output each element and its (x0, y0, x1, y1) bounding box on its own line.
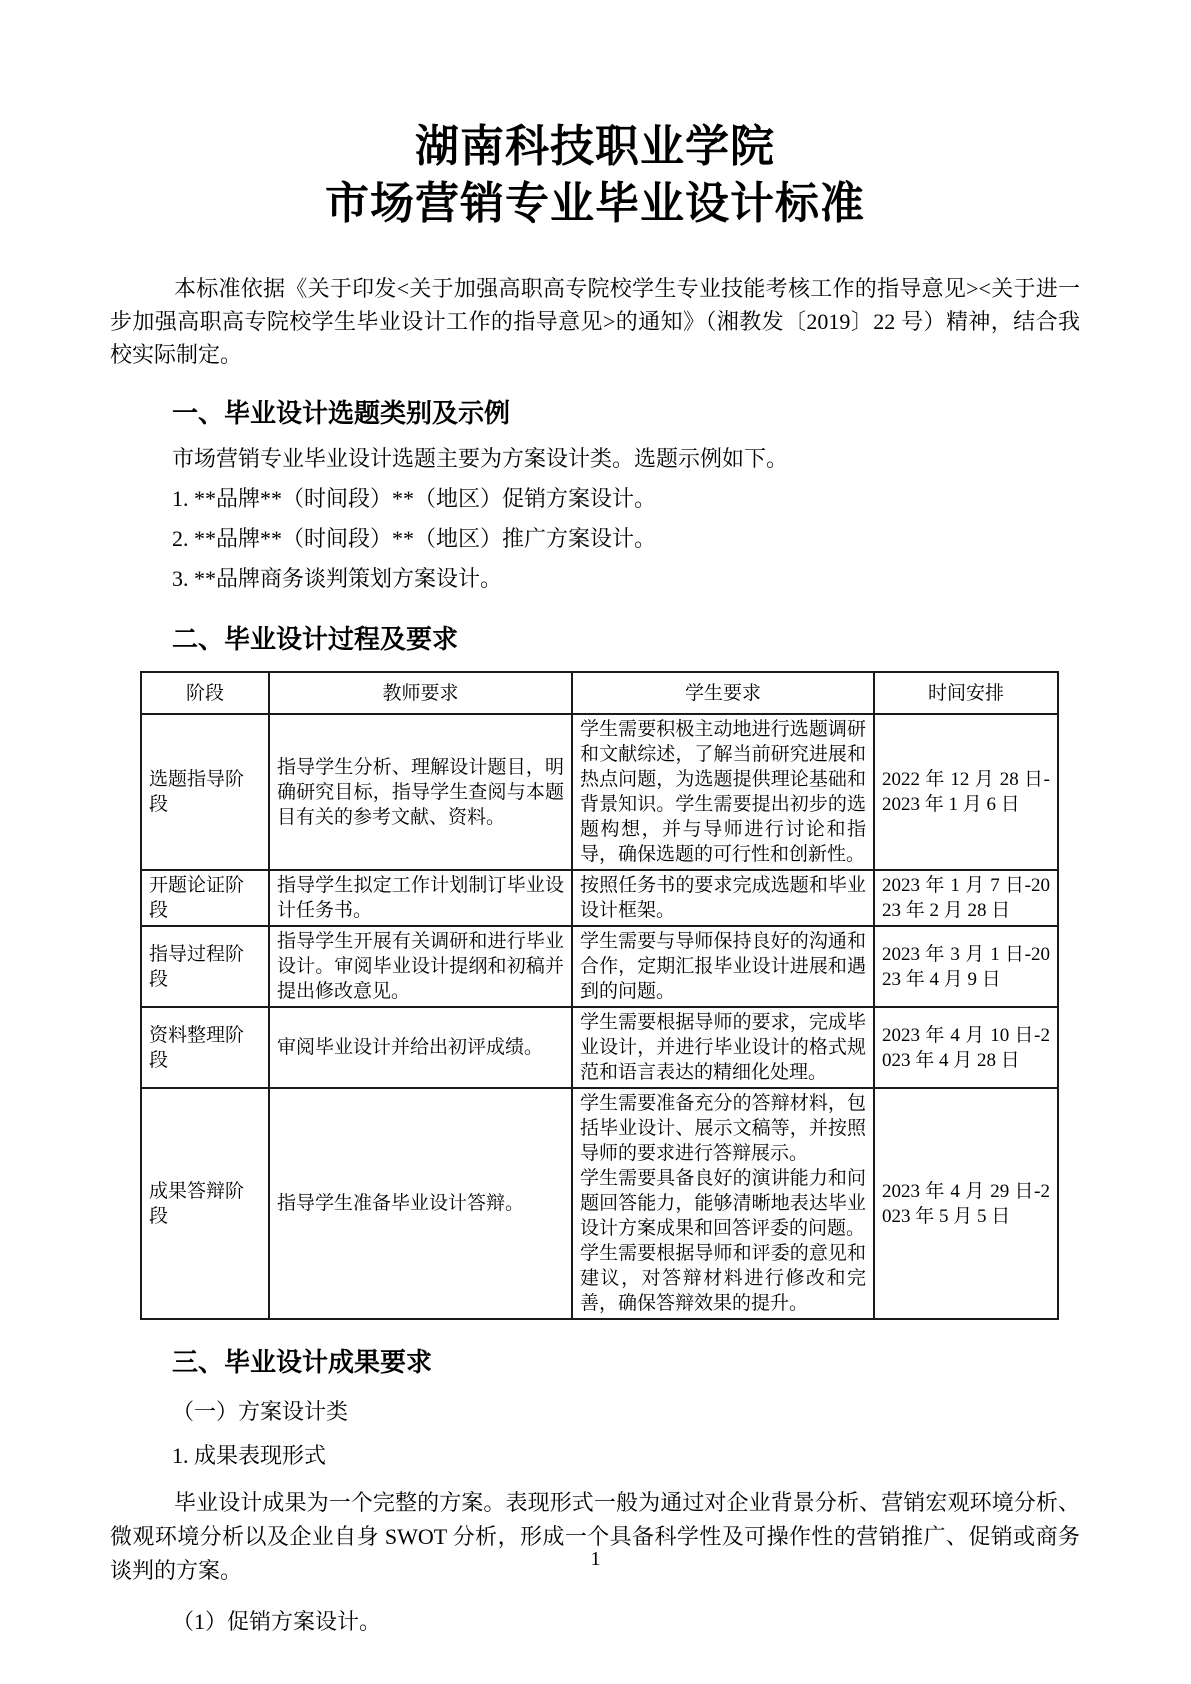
stage-cell: 成果答辩阶段 (141, 1088, 269, 1319)
table-row: 开题论证阶段 指导学生拟定工作计划制订毕业设计任务书。 按照任务书的要求完成选题… (141, 870, 1058, 926)
title-line-1: 湖南科技职业学院 (110, 118, 1080, 175)
student-cell: 学生需要积极主动地进行选题调研和文献综述，了解当前研究进展和热点问题，为选题提供… (572, 714, 874, 870)
student-cell: 学生需要准备充分的答辩材料，包括毕业设计、展示文稿等，并按照导师的要求进行答辩展… (572, 1088, 874, 1319)
section3-paragraph: 毕业设计成果为一个完整的方案。表现形式一般为通过对企业背景分析、营销宏观环境分析… (110, 1486, 1080, 1588)
teacher-cell: 指导学生准备毕业设计答辩。 (269, 1088, 572, 1319)
section1-heading: 一、毕业设计选题类别及示例 (172, 397, 1080, 429)
teacher-cell: 指导学生拟定工作计划制订毕业设计任务书。 (269, 870, 572, 926)
table-row: 指导过程阶段 指导学生开展有关调研和进行毕业设计。审阅毕业设计提纲和初稿并提出修… (141, 926, 1058, 1007)
document-title: 湖南科技职业学院 市场营销专业毕业设计标准 (110, 118, 1080, 232)
student-cell: 学生需要根据导师的要求，完成毕业设计，并进行毕业设计的格式规范和语言表达的精细化… (572, 1007, 874, 1088)
intro-paragraph: 本标准依据《关于印发<关于加强高职高专院校学生专业技能考核工作的指导意见><关于… (110, 272, 1080, 371)
document-page: 湖南科技职业学院 市场营销专业毕业设计标准 本标准依据《关于印发<关于加强高职高… (0, 0, 1191, 1684)
section3-heading: 三、毕业设计成果要求 (172, 1346, 1080, 1378)
page-number: 1 (0, 1548, 1191, 1571)
header-time: 时间安排 (874, 672, 1058, 714)
time-cell: 2023 年 4 月 10 日-2023 年 4 月 28 日 (874, 1007, 1058, 1088)
time-cell: 2022 年 12 月 28 日-2023 年 1 月 6 日 (874, 714, 1058, 870)
section3-sub2: 1. 成果表现形式 (172, 1442, 1080, 1470)
process-requirements-table: 阶段 教师要求 学生要求 时间安排 选题指导阶段 指导学生分析、理解设计题目，明… (140, 671, 1059, 1320)
section2-heading: 二、毕业设计过程及要求 (172, 623, 1080, 655)
table-header-row: 阶段 教师要求 学生要求 时间安排 (141, 672, 1058, 714)
teacher-cell: 指导学生开展有关调研和进行毕业设计。审阅毕业设计提纲和初稿并提出修改意见。 (269, 926, 572, 1007)
topic-example-list: 1. **品牌**（时间段）**（地区）促销方案设计。 2. **品牌**（时间… (110, 485, 1080, 593)
table-row: 选题指导阶段 指导学生分析、理解设计题目，明确研究目标，指导学生查阅与本题目有关… (141, 714, 1058, 870)
section1-lead: 市场营销专业毕业设计选题主要为方案设计类。选题示例如下。 (172, 445, 1080, 473)
list-item: 1. **品牌**（时间段）**（地区）促销方案设计。 (172, 485, 1080, 513)
table-row: 资料整理阶段 审阅毕业设计并给出初评成绩。 学生需要根据导师的要求，完成毕业设计… (141, 1007, 1058, 1088)
table-row: 成果答辩阶段 指导学生准备毕业设计答辩。 学生需要准备充分的答辩材料，包括毕业设… (141, 1088, 1058, 1319)
section3-sub1: （一）方案设计类 (172, 1398, 1080, 1426)
title-line-2: 市场营销专业毕业设计标准 (110, 175, 1080, 232)
time-cell: 2023 年 4 月 29 日-2023 年 5 月 5 日 (874, 1088, 1058, 1319)
list-item: 2. **品牌**（时间段）**（地区）推广方案设计。 (172, 525, 1080, 553)
header-student: 学生要求 (572, 672, 874, 714)
time-cell: 2023 年 3 月 1 日-2023 年 4 月 9 日 (874, 926, 1058, 1007)
stage-cell: 资料整理阶段 (141, 1007, 269, 1088)
stage-cell: 选题指导阶段 (141, 714, 269, 870)
header-teacher: 教师要求 (269, 672, 572, 714)
student-cell: 学生需要与导师保持良好的沟通和合作，定期汇报毕业设计进展和遇到的问题。 (572, 926, 874, 1007)
section3-sub3: （1）促销方案设计。 (172, 1608, 1080, 1636)
teacher-cell: 指导学生分析、理解设计题目，明确研究目标，指导学生查阅与本题目有关的参考文献、资… (269, 714, 572, 870)
time-cell: 2023 年 1 月 7 日-2023 年 2 月 28 日 (874, 870, 1058, 926)
student-cell: 按照任务书的要求完成选题和毕业设计框架。 (572, 870, 874, 926)
stage-cell: 指导过程阶段 (141, 926, 269, 1007)
teacher-cell: 审阅毕业设计并给出初评成绩。 (269, 1007, 572, 1088)
list-item: 3. **品牌商务谈判策划方案设计。 (172, 565, 1080, 593)
header-stage: 阶段 (141, 672, 269, 714)
stage-cell: 开题论证阶段 (141, 870, 269, 926)
